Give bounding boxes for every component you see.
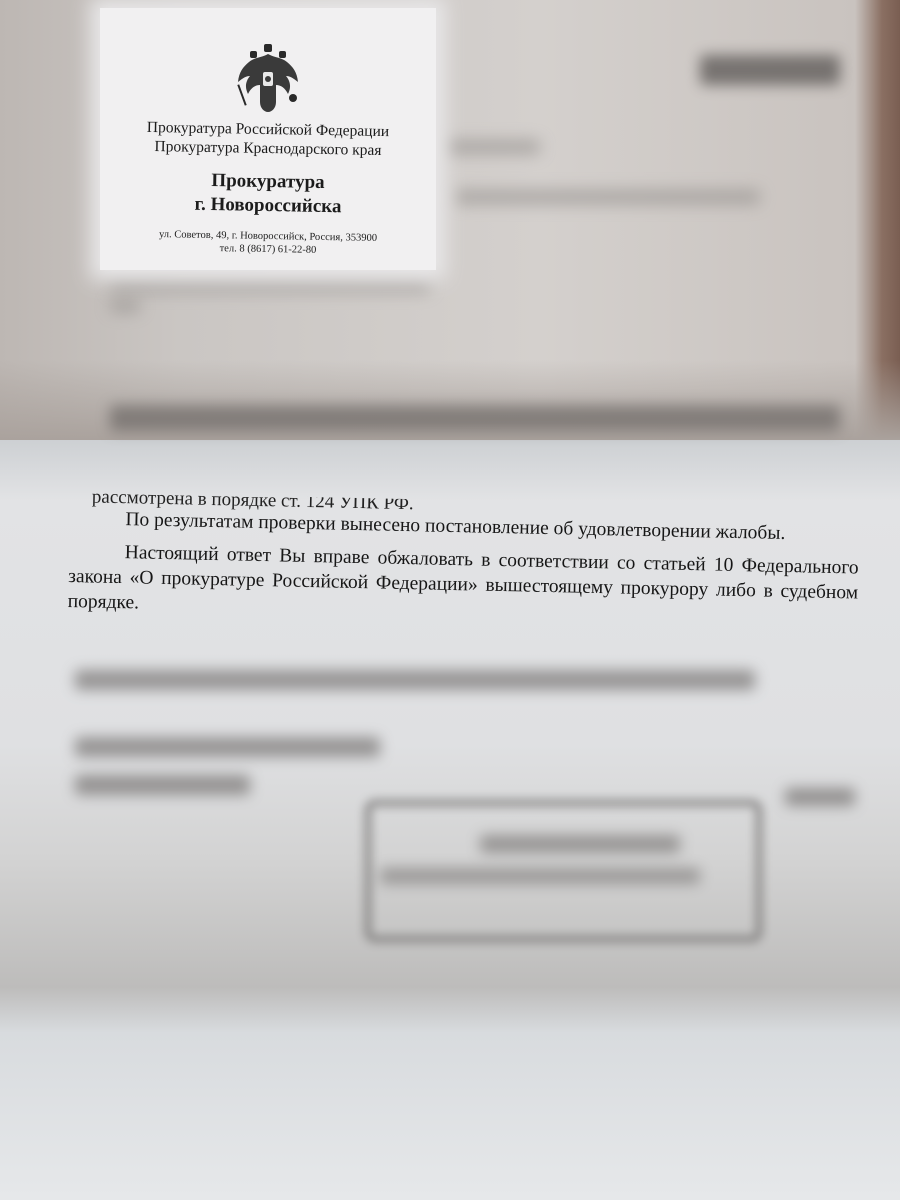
letterhead: Прокуратура Российской Федерации Прокура…	[100, 8, 436, 270]
org-title-line2: г. Новороссийска	[100, 191, 436, 221]
letter-body: рассмотрена в порядке ст. 124 УПК РФ. По…	[67, 492, 859, 631]
redacted-stamp-text	[480, 835, 680, 853]
redacted-line	[75, 775, 250, 795]
redacted-line	[785, 788, 855, 806]
redacted-line	[455, 190, 760, 204]
redacted-line	[110, 300, 140, 312]
redacted-line	[110, 280, 430, 292]
redacted-stamp-text	[380, 868, 700, 884]
redacted-line	[445, 140, 540, 154]
double-headed-eagle-emblem-icon	[233, 42, 303, 114]
redacted-line	[110, 405, 840, 431]
redacted-line	[75, 737, 380, 757]
redacted-line	[75, 670, 755, 690]
redacted-stamp-top-right	[700, 55, 840, 85]
